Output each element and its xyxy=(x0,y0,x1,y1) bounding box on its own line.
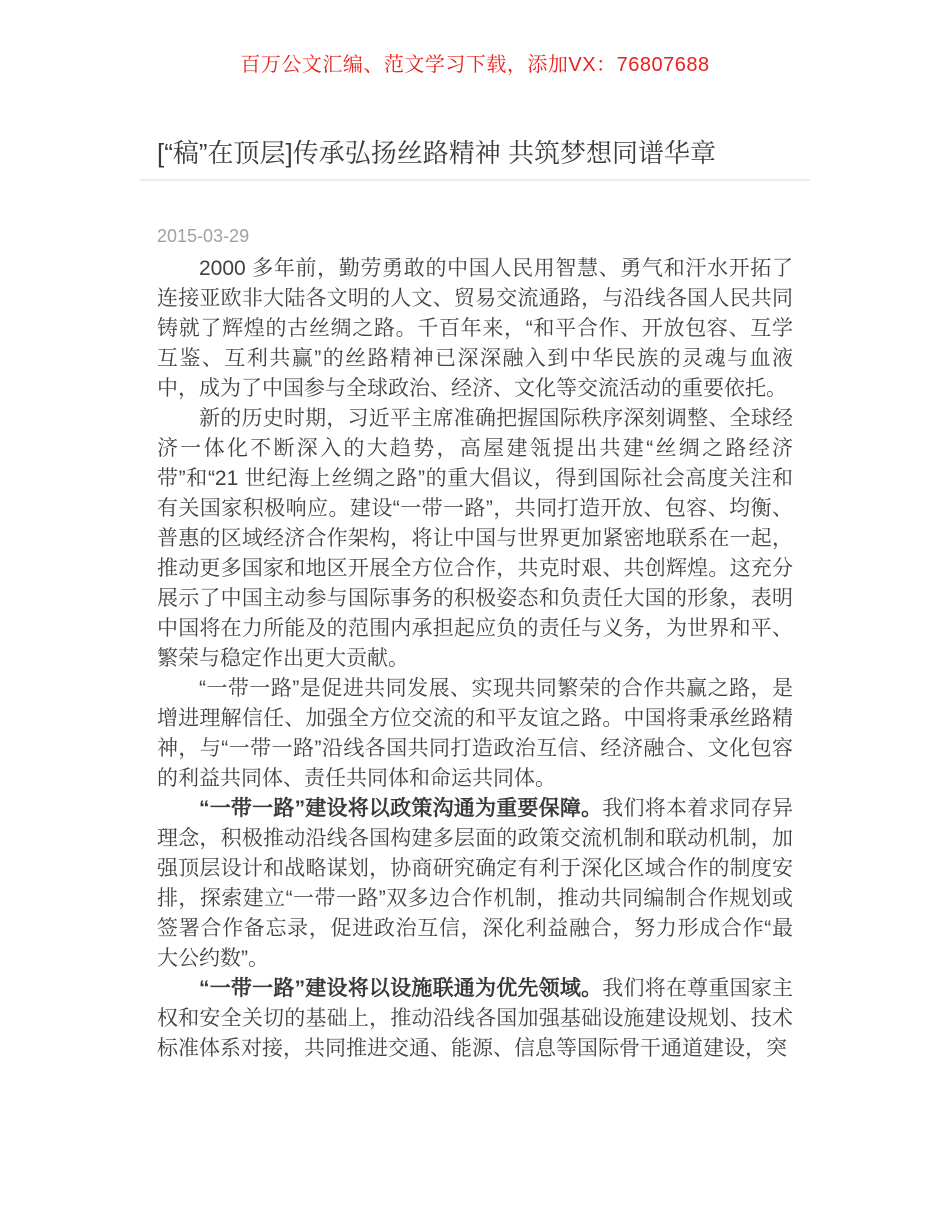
article-body: 2000 多年前，勤劳勇敢的中国人民用智慧、勇气和汗水开拓了连接亚欧非大陆各文明… xyxy=(140,254,810,1064)
paragraph: “一带一路”建设将以设施联通为优先领域。我们将在尊重国家主权和安全关切的基础上，… xyxy=(157,974,793,1064)
paragraph-text: 2000 多年前，勤劳勇敢的中国人民用智慧、勇气和汗水开拓了连接亚欧非大陆各文明… xyxy=(157,257,793,400)
title-divider xyxy=(140,179,810,181)
paragraph-text: 我们将本着求同存异理念，积极推动沿线各国构建多层面的政策交流机制和联动机制，加强… xyxy=(157,797,793,970)
paragraph: 2000 多年前，勤劳勇敢的中国人民用智慧、勇气和汗水开拓了连接亚欧非大陆各文明… xyxy=(157,254,793,404)
paragraph-lead: “一带一路”建设将以政策沟通为重要保障。 xyxy=(199,797,602,820)
paragraph: “一带一路”是促进共同发展、实现共同繁荣的合作共赢之路，是增进理解信任、加强全方… xyxy=(157,674,793,794)
paragraph-lead: “一带一路”建设将以设施联通为优先领域。 xyxy=(199,977,602,1000)
paragraph-text: “一带一路”是促进共同发展、实现共同繁荣的合作共赢之路，是增进理解信任、加强全方… xyxy=(157,677,793,790)
paragraph: “一带一路”建设将以政策沟通为重要保障。我们将本着求同存异理念，积极推动沿线各国… xyxy=(157,794,793,974)
article-title: [“稿”在顶层]传承弘扬丝路精神 共筑梦想同谱华章 xyxy=(140,136,810,170)
promo-banner: 百万公文汇编、范文学习下载，添加VX：76807688 xyxy=(0,52,950,78)
article-page: [“稿”在顶层]传承弘扬丝路精神 共筑梦想同谱华章 2015-03-29 200… xyxy=(140,136,810,1064)
article-date: 2015-03-29 xyxy=(140,224,810,248)
paragraph-text: 新的历史时期，习近平主席准确把握国际秩序深刻调整、全球经济一体化不断深入的大趋势… xyxy=(157,407,793,670)
paragraph: 新的历史时期，习近平主席准确把握国际秩序深刻调整、全球经济一体化不断深入的大趋势… xyxy=(157,404,793,674)
